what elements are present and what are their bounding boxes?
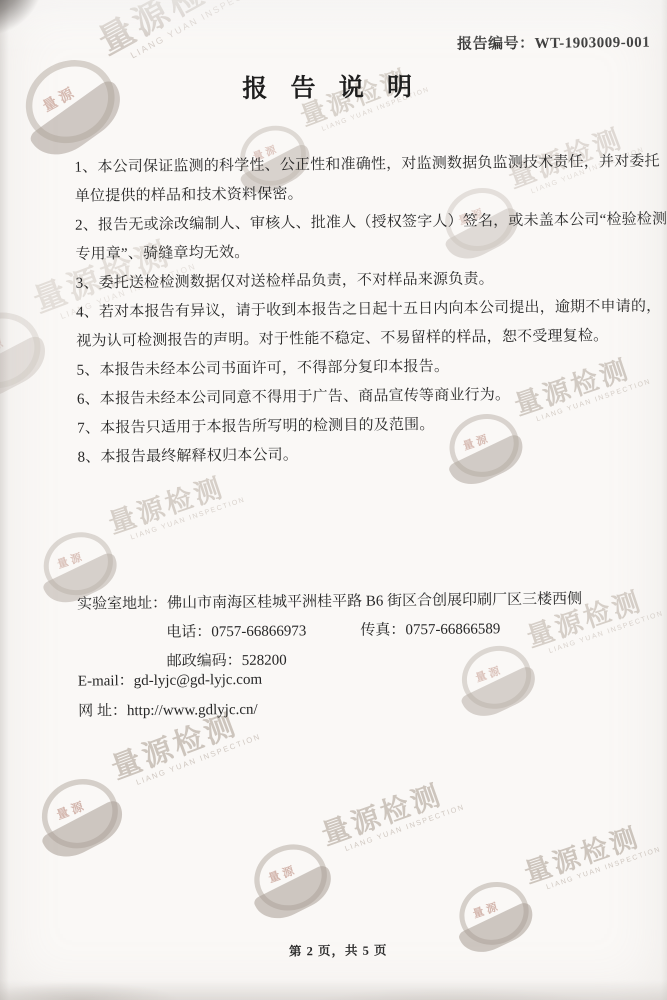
- report-number-value: WT-1903009-001: [535, 35, 651, 52]
- note-line: 2、报告无或涂改编制人、审核人、批准人（授权签字人）签名，或未盖本公司“检验检测: [75, 206, 642, 241]
- report-number: 报告编号：WT-1903009-001: [457, 31, 650, 54]
- page-number-footer: 第 2 页，共 5 页: [5, 937, 667, 962]
- fax-value: 0757-66866589: [405, 621, 500, 638]
- printed-content: 报告编号：WT-1903009-001 报 告 说 明 1、本公司保证监测的科学…: [0, 0, 667, 1000]
- lab-info-block: 实验室地址：佛山市南海区桂城平洲桂平路 B6 街区合创展印刷厂区三楼西侧 电话：…: [77, 585, 649, 678]
- scanned-report-page: 量源 量源检测 LIANG YUAN INSPECTION 量源 量源检测 LI…: [0, 0, 667, 1000]
- note-line: 视为认可检测报告的声明。对于性能不稳定、不易留样的样品，恕不受理复检。: [76, 322, 643, 357]
- notes-list: 1、本公司保证监测的科学性、公正性和准确性，对监测数据负监测技术责任，并对委托 …: [74, 148, 644, 473]
- fax-label: 传真：: [360, 622, 405, 638]
- lab-address-line: 实验室地址：佛山市南海区桂城平洲桂平路 B6 街区合创展印刷厂区三楼西侧: [77, 585, 648, 620]
- lab-address-label: 实验室地址：: [77, 596, 167, 613]
- document-sheet: 量源 量源检测 LIANG YUAN INSPECTION 量源 量源检测 LI…: [0, 0, 667, 1000]
- website-label: 网 址：: [78, 703, 127, 720]
- website-line: 网 址：http://www.gdlyjc.cn/: [78, 695, 263, 727]
- phone-value: 0757-66866973: [211, 623, 306, 640]
- email-value: gd-lyjc@gd-lyjc.com: [134, 672, 263, 689]
- spacer: [306, 635, 360, 636]
- phone-label: 电话：: [166, 624, 211, 640]
- page-title: 报 告 说 明: [0, 65, 663, 108]
- contact-block: E-mail：gd-lyjc@gd-lyjc.com 网 址：http://ww…: [78, 665, 263, 727]
- website-value: http://www.gdlyjc.cn/: [127, 702, 258, 719]
- report-number-label: 报告编号：: [457, 36, 535, 53]
- email-line: E-mail：gd-lyjc@gd-lyjc.com: [78, 665, 263, 697]
- note-line: 1、本公司保证监测的科学性、公正性和准确性，对监测数据负监测技术责任，并对委托: [74, 148, 641, 183]
- email-label: E-mail：: [78, 673, 134, 690]
- lab-address-value: 佛山市南海区桂城平洲桂平路 B6 街区合创展印刷厂区三楼西侧: [167, 591, 582, 611]
- note-line: 8、本报告最终解释权归本公司。: [77, 438, 644, 473]
